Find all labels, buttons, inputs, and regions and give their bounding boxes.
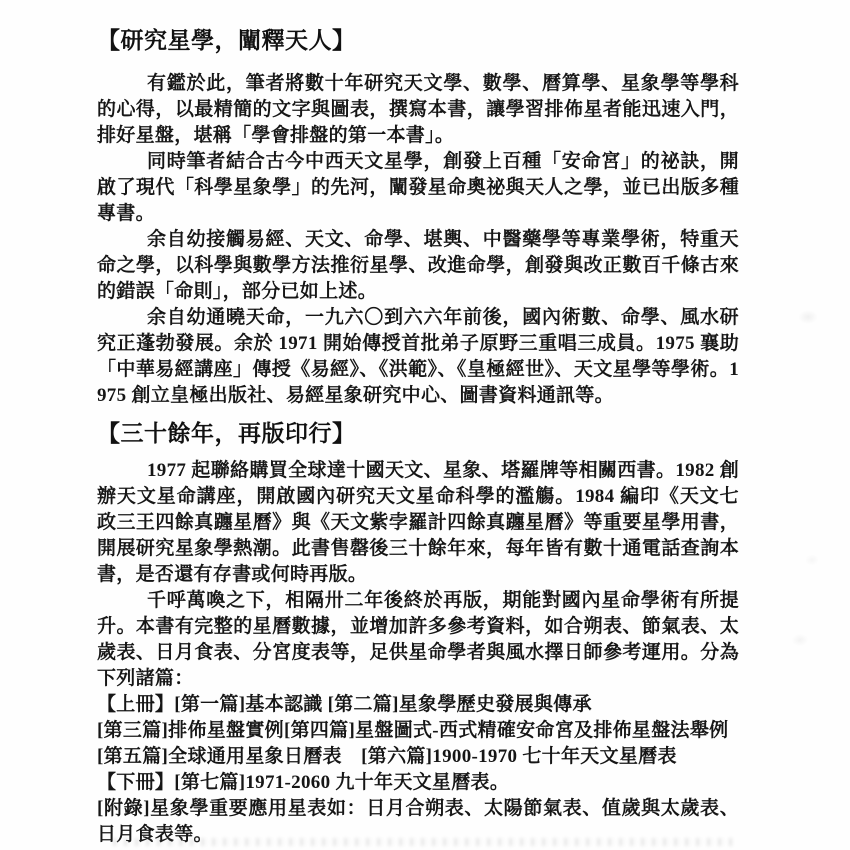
paragraph: 1977 起聯絡購買全球達十國天文、星象、塔羅牌等相關西書。1982 創辦天文星… [97, 458, 739, 588]
scanned-book-page: 【研究星學，闡釋天人】 有鑑於此，筆者將數十年研究天文學、數學、曆算學、星象學等… [0, 0, 850, 850]
paragraph: 有鑑於此，筆者將數十年研究天文學、數學、曆算學、星象學等學科的心得，以最精簡的文… [97, 71, 739, 149]
toc-line-volume2: 【下冊】[第七篇]1971-2060 九十年天文星曆表。 [97, 770, 739, 796]
section-heading-research-astrology: 【研究星學，闡釋天人】 [97, 24, 739, 58]
paragraph: 余自幼接觸易經、天文、命學、堪輿、中醫藥學等專業學術，特重天命之學，以科學與數學… [97, 227, 739, 305]
section-heading-reprint: 【三十餘年，再版印行】 [97, 417, 739, 451]
page-content: 【研究星學，闡釋天人】 有鑑於此，筆者將數十年研究天文學、數學、曆算學、星象學等… [97, 24, 739, 848]
toc-line-volume1: 【上冊】[第一篇]基本認識 [第二篇]星象學歷史發展與傳承 [97, 692, 739, 718]
toc-line-chapters-5-6: [第五篇]全球通用星象日曆表 [第六篇]1900-1970 七十年天文星曆表 [97, 744, 739, 770]
paragraph: 同時筆者結合古今中西天文星學，創發上百種「安命宮」的祕訣，開啟了現代「科學星象學… [97, 149, 739, 227]
paragraph: 余自幼通曉天命，一九六〇到六六年前後，國內術數、命學、風水研究正蓬勃發展。余於 … [97, 305, 739, 409]
paragraph: 千呼萬喚之下，相隔卅二年後終於再版，期能對國內星命學術有所提升。本書有完整的星曆… [97, 588, 739, 692]
toc-line-appendix: [附錄]星象學重要應用星表如：日月合朔表、太陽節氣表、值歲與太歲表、日月食表等。 [97, 796, 739, 848]
toc-line-chapters-3-4: [第三篇]排佈星盤實例[第四篇]星盤圖式-西式精確安命宮及排佈星盤法舉例 [97, 718, 739, 744]
